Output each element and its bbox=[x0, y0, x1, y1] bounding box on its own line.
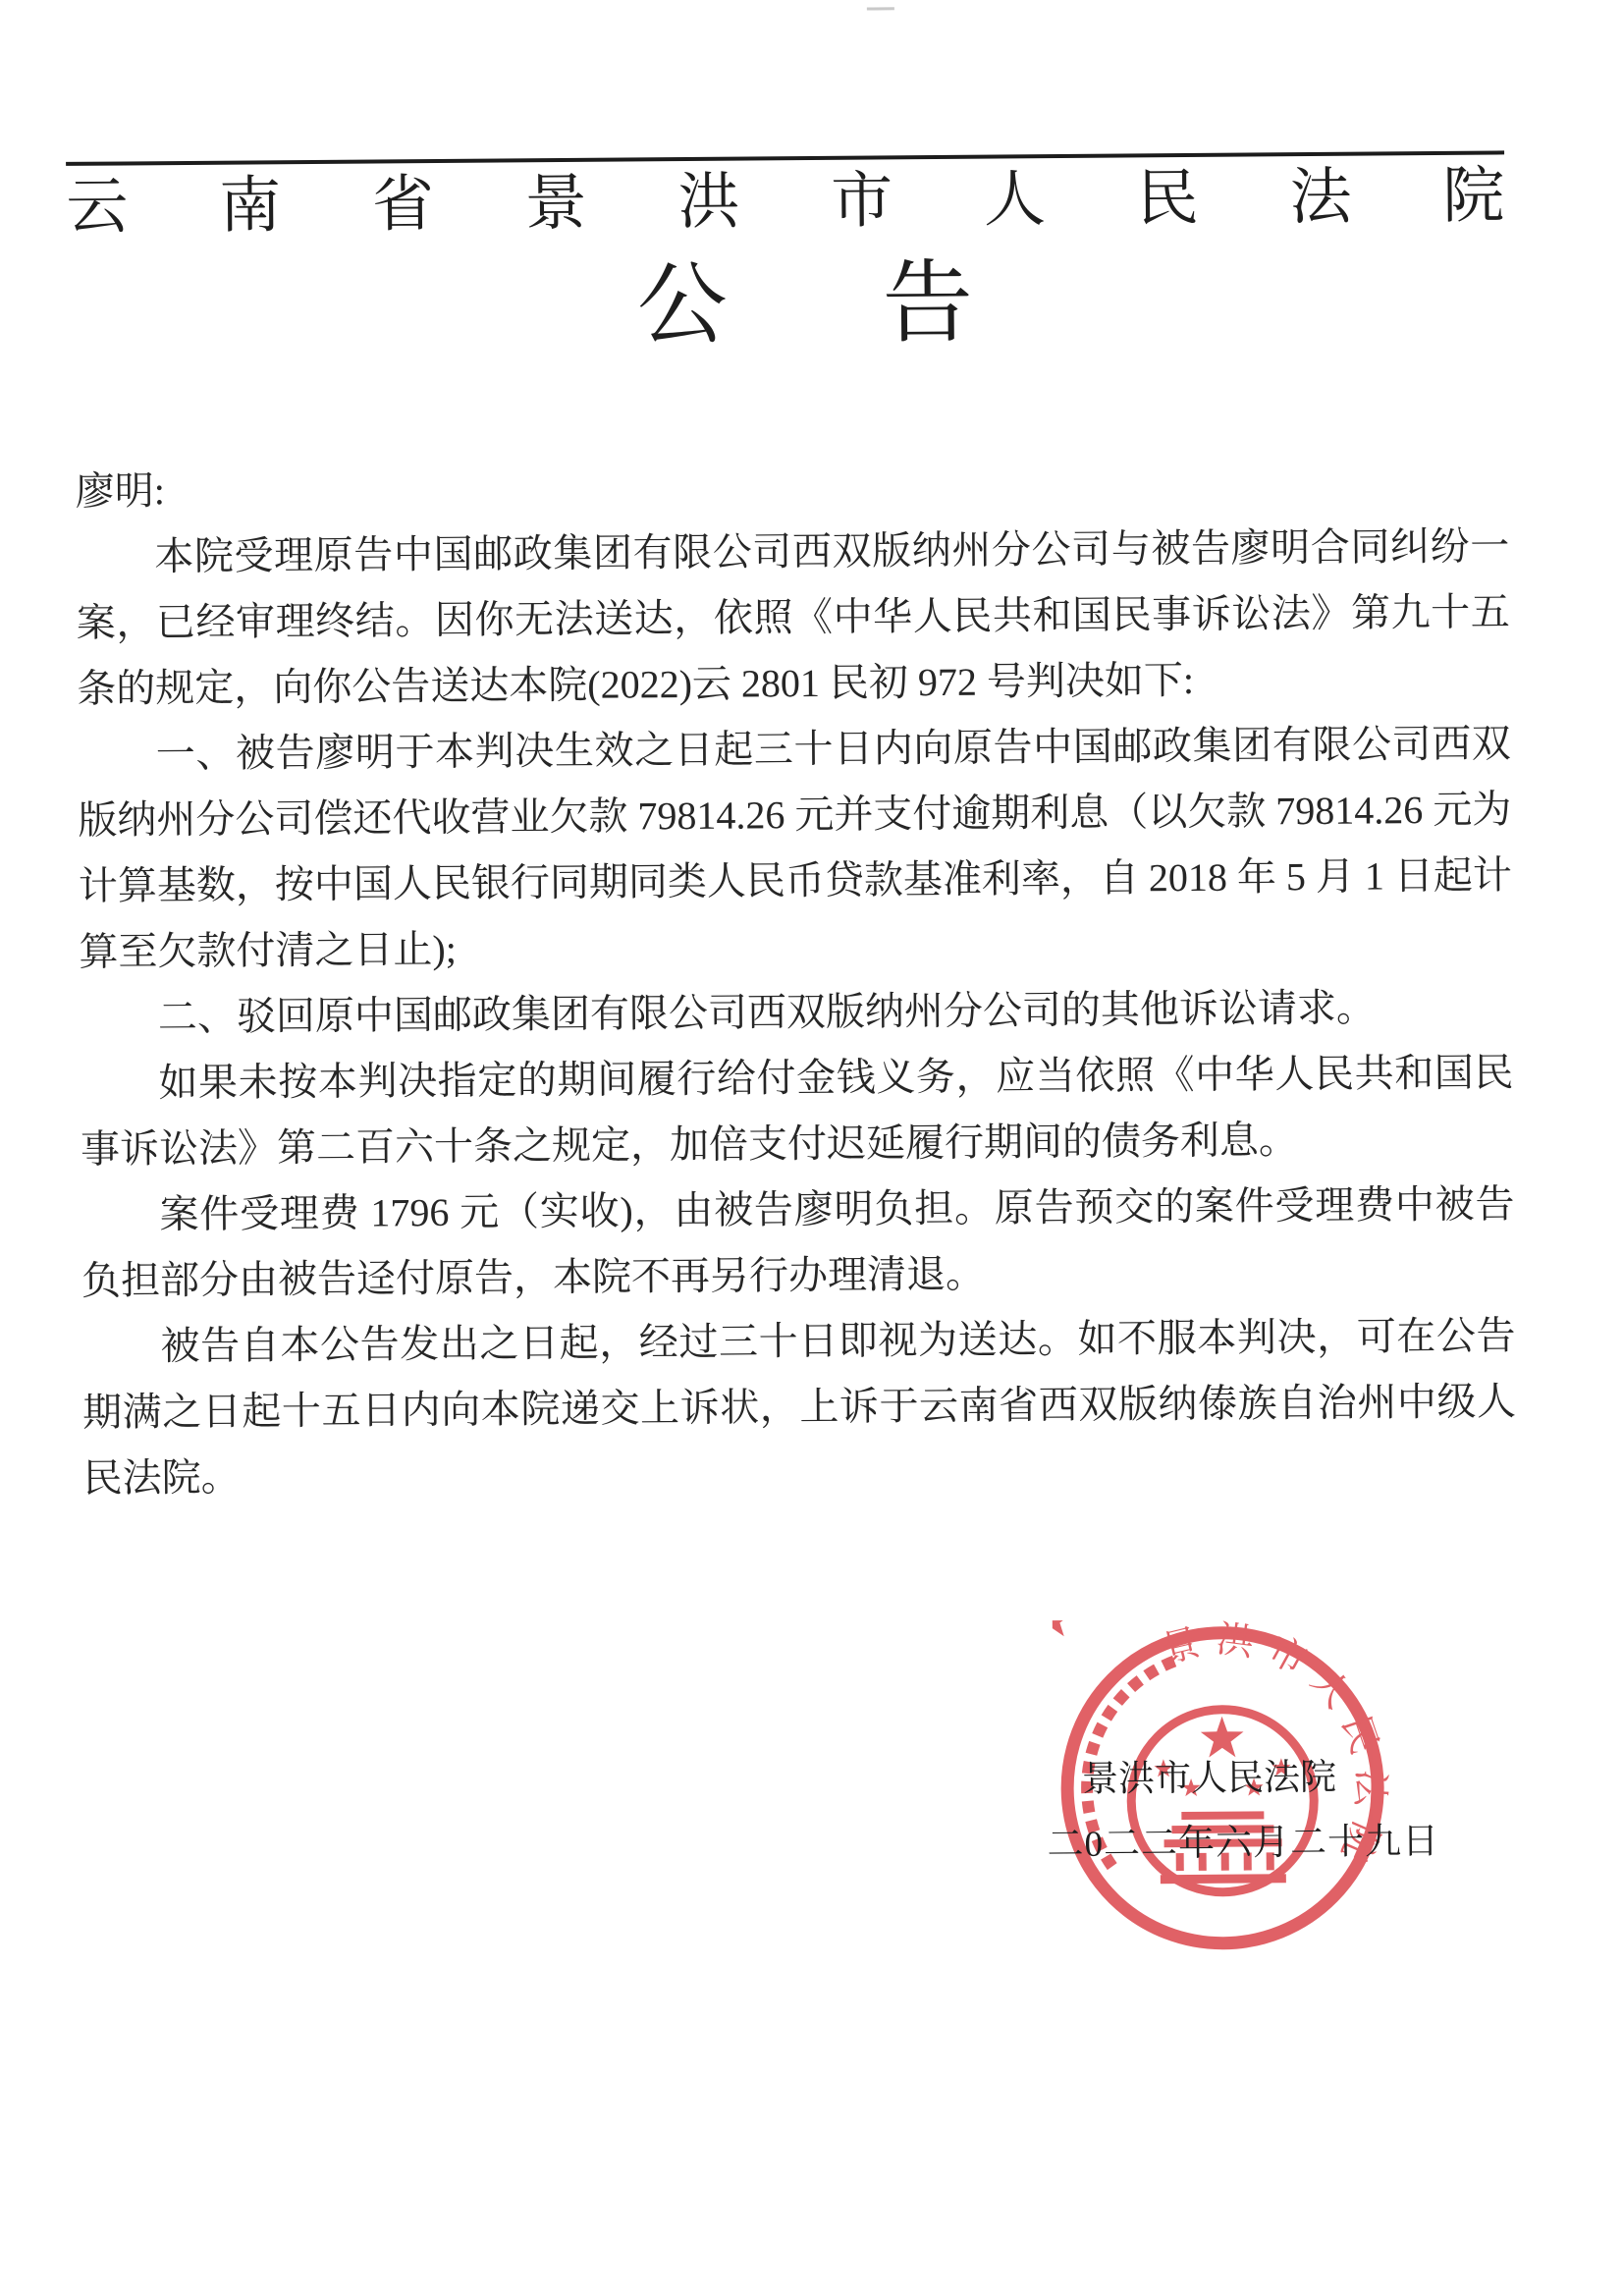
signature-court-name: 景洪市人民法院 bbox=[1082, 1747, 1336, 1802]
court-name-char: 云 bbox=[66, 173, 129, 242]
court-name-char: 景 bbox=[524, 170, 587, 239]
court-name-char: 省 bbox=[372, 171, 435, 240]
paragraph-court-fees: 案件受理费 1796 元（实收)，由被告廖明负担。原告预交的案件受理费中被告负担… bbox=[81, 1171, 1515, 1313]
doc-title-char: 告 bbox=[882, 256, 973, 352]
signature-date: 二0二二年六月二十九日 bbox=[1047, 1811, 1439, 1867]
court-name-char: 人 bbox=[984, 166, 1047, 235]
court-name-char: 民 bbox=[1137, 165, 1200, 234]
salutation: 廖明: bbox=[75, 447, 1508, 523]
announcement-body: 廖明: 本院受理原告中国邮政集团有限公司西双版纳州分公司与被告廖明合同纠纷一案，… bbox=[75, 447, 1516, 1510]
paragraph-late-performance: 如果未按本判决指定的期间履行给付金钱义务，应当依照《中华人民共和国民事诉讼法》第… bbox=[80, 1039, 1514, 1181]
doc-title: 公 告 bbox=[0, 251, 1617, 359]
court-name-char: 南 bbox=[219, 172, 282, 241]
court-name-char: 院 bbox=[1442, 162, 1505, 231]
court-name-char: 市 bbox=[831, 167, 893, 236]
paragraph-service-and-appeal: 被告自本公告发出之日起，经过三十日即视为送达。如不服本判决，可在公告期满之日起十… bbox=[81, 1302, 1517, 1510]
court-name-heading: 云 南 省 景 洪 市 人 民 法 院 bbox=[66, 162, 1504, 242]
paragraph-case-summary: 本院受理原告中国邮政集团有限公司西双版纳州分公司与被告廖明合同纠纷一案，已经审理… bbox=[76, 513, 1511, 721]
scan-artifact bbox=[867, 7, 894, 10]
court-announcement-page: 云 南 省 景 洪 市 人 民 法 院 公 告 廖明: 本院受理原告中国邮政集团… bbox=[0, 0, 1623, 2296]
paragraph-judgment-item-2: 二、驳回原中国邮政集团有限公司西双版纳州分公司的其他诉讼请求。 bbox=[80, 973, 1513, 1050]
paragraph-judgment-item-1: 一、被告廖明于本判决生效之日起三十日内向原告中国邮政集团有限公司西双版纳州分公司… bbox=[78, 710, 1513, 984]
court-name-char: 洪 bbox=[677, 169, 740, 238]
doc-title-char: 公 bbox=[636, 258, 728, 354]
court-name-char: 法 bbox=[1289, 164, 1352, 233]
scanned-content: 云 南 省 景 洪 市 人 民 法 院 公 告 廖明: 本院受理原告中国邮政集团… bbox=[0, 0, 1623, 2296]
